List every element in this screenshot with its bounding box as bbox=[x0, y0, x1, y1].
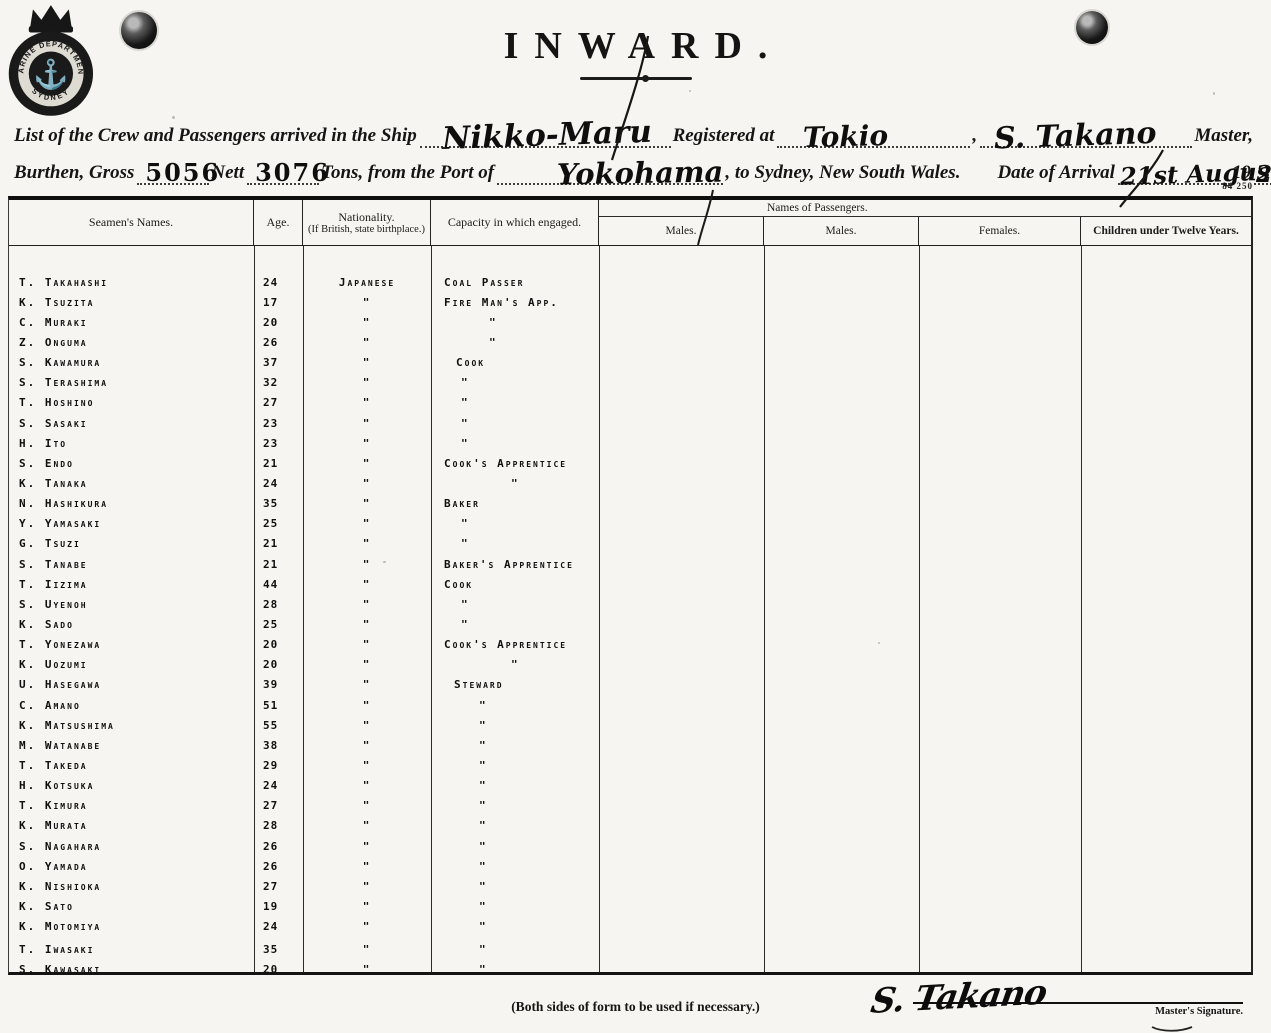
header-passengers-label: Names of Passengers. bbox=[599, 200, 1251, 217]
table-row: S. Uyenoh28"" bbox=[9, 594, 1251, 614]
age-cell: 25 bbox=[254, 517, 303, 530]
age-cell: 35 bbox=[254, 497, 303, 510]
header-children: Children under Twelve Years. bbox=[1081, 217, 1251, 245]
age-cell: 24 bbox=[254, 477, 303, 490]
table-row: S. Endo21"Cook's Apprentice bbox=[9, 453, 1251, 473]
seaman-name-cell: M. Watanabe bbox=[9, 739, 254, 752]
capacity-cell: " bbox=[431, 920, 599, 933]
capacity-cell: Cook bbox=[431, 356, 599, 369]
age-cell: 21 bbox=[254, 537, 303, 550]
capacity-cell: " bbox=[431, 618, 599, 631]
nationality-cell: " bbox=[303, 578, 431, 591]
age-cell: 28 bbox=[254, 598, 303, 611]
seaman-name-cell: K. Nishioka bbox=[9, 880, 254, 893]
table-row: K. Sato19"" bbox=[9, 896, 1251, 916]
printed-text: Registered at bbox=[671, 125, 778, 148]
age-cell: 35 bbox=[254, 943, 303, 956]
table-row: S. Nagahara26"" bbox=[9, 836, 1251, 856]
age-cell: 24 bbox=[254, 920, 303, 933]
scan-speck bbox=[383, 561, 386, 563]
age-cell: 21 bbox=[254, 558, 303, 571]
capacity-cell: " bbox=[431, 316, 599, 329]
seaman-name-cell: S. Endo bbox=[9, 457, 254, 470]
ship-name-field: Nikko-Maru bbox=[420, 145, 671, 148]
crew-table: Seamen's Names. Age. Nationality. (If Br… bbox=[8, 196, 1253, 975]
seaman-name-cell: H. Kotsuka bbox=[9, 779, 254, 792]
page-title: INWARD. bbox=[488, 25, 784, 67]
table-row: K. Murata28"" bbox=[9, 816, 1251, 836]
capacity-cell: " bbox=[431, 396, 599, 409]
capacity-cell: " bbox=[431, 376, 599, 389]
nationality-cell: " bbox=[303, 336, 431, 349]
seaman-name-cell: G. Tsuzi bbox=[9, 537, 254, 550]
nationality-cell: " bbox=[303, 658, 431, 671]
table-row: T. Yonezawa20"Cook's Apprentice bbox=[9, 635, 1251, 655]
age-cell: 25 bbox=[254, 618, 303, 631]
port-handwriting: Yokohama bbox=[557, 155, 724, 192]
age-cell: 23 bbox=[254, 437, 303, 450]
printed-text: , to Sydney, New South Wales. bbox=[723, 162, 963, 185]
seaman-name-cell: K. Uozumi bbox=[9, 658, 254, 671]
nationality-cell: " bbox=[303, 759, 431, 772]
age-cell: 26 bbox=[254, 840, 303, 853]
nationality-cell: " bbox=[303, 819, 431, 832]
table-row: T. Takeda29"" bbox=[9, 755, 1251, 775]
nett-tons-field: 3076 bbox=[247, 178, 319, 185]
capacity-cell: " bbox=[431, 598, 599, 611]
capacity-cell: " bbox=[431, 799, 599, 812]
header-passengers-group: Names of Passengers. Males. Males. Femal… bbox=[599, 200, 1251, 245]
capacity-cell: " bbox=[431, 759, 599, 772]
nationality-cell: " bbox=[303, 943, 431, 956]
capacity-cell: Steward bbox=[431, 678, 599, 691]
arrival-date-field: 21st August bbox=[1118, 180, 1230, 185]
capacity-cell: Baker bbox=[431, 497, 599, 510]
seaman-name-cell: S. Uyenoh bbox=[9, 598, 254, 611]
age-cell: 27 bbox=[254, 396, 303, 409]
seaman-name-cell: H. Ito bbox=[9, 437, 254, 450]
capacity-cell: " bbox=[431, 779, 599, 792]
seaman-name-cell: T. Iwasaki bbox=[9, 943, 254, 956]
capacity-cell: " bbox=[431, 699, 599, 712]
seaman-name-cell: T. Takahashi bbox=[9, 276, 254, 289]
capacity-cell: " bbox=[431, 963, 599, 976]
seaman-name-cell: N. Hashikura bbox=[9, 497, 254, 510]
age-cell: 17 bbox=[254, 296, 303, 309]
printed-text: Tons, from the Port of bbox=[319, 162, 497, 185]
age-cell: 26 bbox=[254, 336, 303, 349]
seaman-name-cell: K. Tsuzita bbox=[9, 296, 254, 309]
table-row: O. Yamada26"" bbox=[9, 856, 1251, 876]
nationality-cell: Japanese bbox=[303, 276, 431, 289]
capacity-cell: Cook's Apprentice bbox=[431, 638, 599, 651]
table-row: S. Kawamura37"Cook bbox=[9, 353, 1251, 373]
age-cell: 28 bbox=[254, 819, 303, 832]
form-number: 84 250 bbox=[1222, 181, 1253, 191]
table-row: K. Matsushima55"" bbox=[9, 715, 1251, 735]
header-nationality: Nationality. (If British, state birthpla… bbox=[303, 200, 431, 245]
scan-speck bbox=[1213, 92, 1215, 95]
age-cell: 19 bbox=[254, 900, 303, 913]
preamble-line-1: List of the Crew and Passengers arrived … bbox=[12, 114, 1256, 148]
printed-text: List of the Crew and Passengers arrived … bbox=[12, 125, 420, 148]
gross-tons-field: 5056 bbox=[137, 178, 209, 185]
header-males-2: Males. bbox=[764, 217, 919, 245]
seaman-name-cell: U. Hasegawa bbox=[9, 678, 254, 691]
scan-speck bbox=[689, 90, 691, 92]
age-cell: 27 bbox=[254, 799, 303, 812]
table-row: C. Muraki20"" bbox=[9, 312, 1251, 332]
table-row: H. Ito23"" bbox=[9, 433, 1251, 453]
age-cell: 20 bbox=[254, 963, 303, 976]
capacity-cell: " bbox=[431, 417, 599, 430]
passenger-subheaders: Males. Males. Females. Children under Tw… bbox=[599, 217, 1251, 245]
capacity-cell: " bbox=[431, 658, 599, 671]
age-cell: 38 bbox=[254, 739, 303, 752]
nationality-cell: " bbox=[303, 477, 431, 490]
capacity-cell: " bbox=[431, 517, 599, 530]
age-cell: 20 bbox=[254, 316, 303, 329]
age-cell: 24 bbox=[254, 276, 303, 289]
nationality-cell: " bbox=[303, 316, 431, 329]
table-row: M. Watanabe38"" bbox=[9, 735, 1251, 755]
port-field: Yokohama bbox=[497, 181, 723, 185]
table-body: T. Takahashi24JapaneseCoal PasserK. Tsuz… bbox=[9, 246, 1251, 972]
nationality-cell: " bbox=[303, 719, 431, 732]
nationality-cell: " bbox=[303, 739, 431, 752]
table-row: S. Sasaki23"" bbox=[9, 413, 1251, 433]
table-row: T. Iwasaki35"" bbox=[9, 940, 1251, 960]
table-row: K. Tanaka24"" bbox=[9, 473, 1251, 493]
header-nationality-sub: (If British, state birthplace.) bbox=[308, 224, 426, 236]
seaman-name-cell: T. Hoshino bbox=[9, 396, 254, 409]
age-cell: 44 bbox=[254, 578, 303, 591]
nationality-cell: " bbox=[303, 558, 431, 571]
printed-text: Burthen, Gross bbox=[12, 162, 137, 185]
nationality-cell: " bbox=[303, 920, 431, 933]
table-row: G. Tsuzi21"" bbox=[9, 534, 1251, 554]
age-cell: 21 bbox=[254, 457, 303, 470]
age-cell: 20 bbox=[254, 638, 303, 651]
nationality-cell: " bbox=[303, 678, 431, 691]
seaman-name-cell: T. Yonezawa bbox=[9, 638, 254, 651]
seaman-name-cell: K. Sato bbox=[9, 900, 254, 913]
table-row: K. Tsuzita17"Fire Man's App. bbox=[9, 292, 1251, 312]
capacity-cell: Cook bbox=[431, 578, 599, 591]
title-rule bbox=[580, 77, 692, 80]
seaman-name-cell: T. Takeda bbox=[9, 759, 254, 772]
capacity-cell: Coal Passer bbox=[431, 276, 599, 289]
capacity-cell: " bbox=[431, 719, 599, 732]
nationality-cell: " bbox=[303, 457, 431, 470]
master-signature-block: S. Takano Master's Signature. bbox=[913, 972, 1243, 1017]
age-cell: 26 bbox=[254, 860, 303, 873]
table-row: Y. Yamasaki25"" bbox=[9, 514, 1251, 534]
arrival-date-handwriting: 21st August bbox=[1119, 158, 1230, 191]
seaman-name-cell: T. Iizima bbox=[9, 578, 254, 591]
capacity-cell: " bbox=[431, 840, 599, 853]
capacity-cell: Cook's Apprentice bbox=[431, 457, 599, 470]
table-row: T. Takahashi24JapaneseCoal Passer bbox=[9, 272, 1251, 292]
capacity-cell: Baker's Apprentice bbox=[431, 558, 599, 571]
printed-text: Date of Arrival bbox=[995, 162, 1118, 185]
capacity-cell: " bbox=[431, 336, 599, 349]
header-males-1: Males. bbox=[599, 217, 764, 245]
seaman-name-cell: C. Muraki bbox=[9, 316, 254, 329]
nationality-cell: " bbox=[303, 497, 431, 510]
capacity-cell: " bbox=[431, 437, 599, 450]
registered-at-field: Tokio bbox=[777, 143, 970, 148]
age-cell: 32 bbox=[254, 376, 303, 389]
nationality-cell: " bbox=[303, 638, 431, 651]
seaman-name-cell: Z. Onguma bbox=[9, 336, 254, 349]
capacity-cell: " bbox=[431, 537, 599, 550]
seaman-name-cell: K. Sado bbox=[9, 618, 254, 631]
nationality-cell: " bbox=[303, 900, 431, 913]
table-header: Seamen's Names. Age. Nationality. (If Br… bbox=[9, 200, 1251, 246]
table-row: T. Kimura27"" bbox=[9, 796, 1251, 816]
capacity-cell: " bbox=[431, 819, 599, 832]
age-cell: 27 bbox=[254, 880, 303, 893]
header-seamen-names: Seamen's Names. bbox=[9, 200, 254, 245]
nationality-cell: " bbox=[303, 296, 431, 309]
arrival-year-field: 21 bbox=[1254, 180, 1271, 185]
capacity-cell: " bbox=[431, 900, 599, 913]
nationality-cell: " bbox=[303, 618, 431, 631]
nationality-cell: " bbox=[303, 376, 431, 389]
preamble-line-2: Burthen, Gross 5056 Nett 3076 Tons, from… bbox=[12, 149, 1256, 185]
nationality-cell: " bbox=[303, 963, 431, 976]
nationality-cell: " bbox=[303, 860, 431, 873]
nationality-cell: " bbox=[303, 840, 431, 853]
seaman-name-cell: K. Murata bbox=[9, 819, 254, 832]
age-cell: 37 bbox=[254, 356, 303, 369]
scanned-crew-list-form: MARINE DEPARTMENT SYDNEY ⚓ INWARD. List … bbox=[0, 0, 1271, 1033]
seaman-name-cell: Y. Yamasaki bbox=[9, 517, 254, 530]
age-cell: 55 bbox=[254, 719, 303, 732]
seaman-name-cell: S. Terashima bbox=[9, 376, 254, 389]
age-cell: 29 bbox=[254, 759, 303, 772]
nationality-cell: " bbox=[303, 356, 431, 369]
table-row: K. Nishioka27"" bbox=[9, 876, 1251, 896]
capacity-cell: " bbox=[431, 739, 599, 752]
age-cell: 23 bbox=[254, 417, 303, 430]
title-block: INWARD. bbox=[0, 24, 1271, 80]
seaman-name-cell: T. Kimura bbox=[9, 799, 254, 812]
nationality-cell: " bbox=[303, 517, 431, 530]
nationality-cell: " bbox=[303, 537, 431, 550]
nationality-cell: " bbox=[303, 880, 431, 893]
table-row: K. Uozumi20"" bbox=[9, 655, 1251, 675]
nationality-cell: " bbox=[303, 437, 431, 450]
table-row: T. Iizima44"Cook bbox=[9, 574, 1251, 594]
table-row: N. Hashikura35"Baker bbox=[9, 494, 1251, 514]
capacity-cell: " bbox=[431, 880, 599, 893]
seaman-name-cell: K. Matsushima bbox=[9, 719, 254, 732]
nationality-cell: " bbox=[303, 598, 431, 611]
arrival-year-handwriting: 21 bbox=[1256, 161, 1271, 188]
scan-speck bbox=[172, 116, 175, 119]
table-row: C. Amano51"" bbox=[9, 695, 1251, 715]
seaman-name-cell: S. Nagahara bbox=[9, 840, 254, 853]
table-row: H. Kotsuka24"" bbox=[9, 776, 1251, 796]
gross-tons-handwriting: 5056 bbox=[145, 158, 209, 187]
table-row: K. Sado25"" bbox=[9, 614, 1251, 634]
capacity-cell: " bbox=[431, 943, 599, 956]
seaman-name-cell: K. Motomiya bbox=[9, 920, 254, 933]
table-row: S. Tanabe21"Baker's Apprentice bbox=[9, 554, 1251, 574]
header-age: Age. bbox=[254, 200, 303, 245]
table-row: Z. Onguma26"" bbox=[9, 332, 1251, 352]
capacity-cell: " bbox=[431, 860, 599, 873]
nationality-cell: " bbox=[303, 396, 431, 409]
age-cell: 39 bbox=[254, 678, 303, 691]
age-cell: 20 bbox=[254, 658, 303, 671]
seaman-name-cell: S. Sasaki bbox=[9, 417, 254, 430]
age-cell: 51 bbox=[254, 699, 303, 712]
printed-text: Master, bbox=[1192, 125, 1256, 148]
nationality-cell: " bbox=[303, 417, 431, 430]
nationality-cell: " bbox=[303, 779, 431, 792]
header-females: Females. bbox=[919, 217, 1081, 245]
printed-text: , bbox=[970, 125, 980, 148]
table-row: T. Hoshino27"" bbox=[9, 393, 1251, 413]
header-capacity: Capacity in which engaged. bbox=[431, 200, 599, 245]
table-row: K. Motomiya24"" bbox=[9, 917, 1251, 937]
age-cell: 24 bbox=[254, 779, 303, 792]
capacity-cell: " bbox=[431, 477, 599, 490]
nett-tons-handwriting: 3076 bbox=[255, 158, 319, 187]
seaman-name-cell: S. Kawamura bbox=[9, 356, 254, 369]
table-row: S. Terashima32"" bbox=[9, 373, 1251, 393]
nationality-cell: " bbox=[303, 799, 431, 812]
seaman-name-cell: O. Yamada bbox=[9, 860, 254, 873]
seaman-name-cell: C. Amano bbox=[9, 699, 254, 712]
master-name-field: S. Takano bbox=[980, 144, 1192, 148]
seaman-name-cell: K. Tanaka bbox=[9, 477, 254, 490]
header-nationality-title: Nationality. bbox=[338, 211, 394, 224]
nationality-cell: " bbox=[303, 699, 431, 712]
capacity-cell: Fire Man's App. bbox=[431, 296, 599, 309]
seaman-name-cell: S. Tanabe bbox=[9, 558, 254, 571]
table-row: U. Hasegawa39"Steward bbox=[9, 675, 1251, 695]
seaman-name-cell: S. Kawasaki bbox=[9, 963, 254, 976]
scan-speck bbox=[878, 642, 880, 644]
